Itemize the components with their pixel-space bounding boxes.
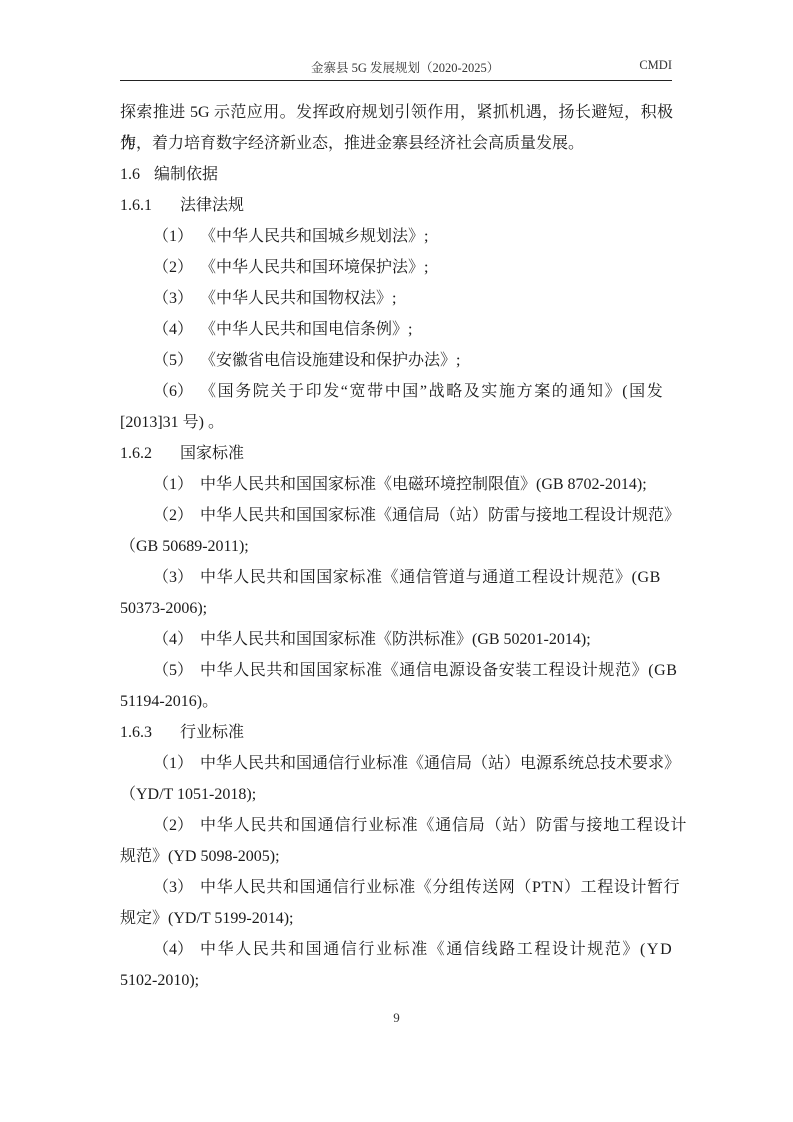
list-item: （3）中华人民共和国通信行业标准《分组传送网（PTN）工程设计暂行: [120, 872, 673, 903]
item-number: （3）: [153, 283, 200, 314]
item-number: （4）: [153, 624, 200, 655]
item-text: 《中华人民共和国环境保护法》;: [200, 259, 428, 276]
subsection-title: 行业标准: [180, 724, 244, 741]
item-text: 中华人民共和国国家标准《通信局（站）防雷与接地工程设计规范》: [200, 507, 680, 524]
running-header: 金寨县 5G 发展规划（2020-2025） CMDI: [120, 56, 672, 80]
subsection-number: 1.6.1: [120, 190, 180, 221]
list-item: （4）中华人民共和国国家标准《防洪标准》(GB 50201-2014);: [120, 624, 673, 655]
list-item-continuation: 规范》(YD 5098-2005);: [120, 841, 673, 872]
list-item-continuation: [2013]31 号) 。: [120, 407, 673, 438]
subsection-number: 1.6.3: [120, 717, 180, 748]
subsection-heading: 1.6.3行业标准: [120, 717, 673, 748]
item-text: 中华人民共和国国家标准《电磁环境控制限值》(GB 8702-2014);: [200, 476, 647, 493]
document-page: 金寨县 5G 发展规划（2020-2025） CMDI 探索推进 5G 示范应用…: [0, 0, 793, 1122]
subsection-title: 国家标准: [180, 445, 244, 462]
header-org: CMDI: [639, 58, 672, 73]
item-number: （5）: [153, 655, 200, 686]
subsection-heading: 1.6.1法律法规: [120, 190, 673, 221]
section-number: 1.6: [120, 159, 154, 190]
item-text: 《国务院关于印发“宽带中国”战略及实施方案的通知》(国发: [200, 383, 664, 400]
item-text: 《安徽省电信设施建设和保护办法》;: [200, 352, 460, 369]
item-text: 中华人民共和国国家标准《通信管道与通道工程设计规范》(GB: [200, 569, 661, 586]
intro-paragraph-line: 为，着力培育数字经济新业态，推进金寨县经济社会高质量发展。: [120, 128, 673, 159]
item-number: （1）: [153, 221, 200, 252]
list-item: （5）《安徽省电信设施建设和保护办法》;: [120, 345, 673, 376]
item-text: 中华人民共和国国家标准《通信电源设备安装工程设计规范》(GB: [200, 662, 678, 679]
list-item: （2）中华人民共和国国家标准《通信局（站）防雷与接地工程设计规范》: [120, 500, 673, 531]
list-item: （6）《国务院关于印发“宽带中国”战略及实施方案的通知》(国发: [120, 376, 673, 407]
subsection-number: 1.6.2: [120, 438, 180, 469]
list-item-continuation: 5102-2010);: [120, 965, 673, 996]
list-item: （2）中华人民共和国通信行业标准《通信局（站）防雷与接地工程设计: [120, 810, 673, 841]
section-title: 编制依据: [154, 166, 218, 183]
item-text: 《中华人民共和国物权法》;: [200, 290, 396, 307]
item-text: 中华人民共和国通信行业标准《通信局（站）电源系统总技术要求》: [200, 755, 680, 772]
item-number: （2）: [153, 810, 200, 841]
item-text: 中华人民共和国通信行业标准《通信局（站）防雷与接地工程设计: [200, 817, 687, 834]
item-text: 中华人民共和国通信行业标准《分组传送网（PTN）工程设计暂行: [200, 879, 680, 896]
item-number: （4）: [153, 934, 200, 965]
item-text: 《中华人民共和国电信条例》;: [200, 321, 412, 338]
intro-paragraph-line: 探索推进 5G 示范应用。发挥政府规划引领作用，紧抓机遇，扬长避短，积极作: [120, 97, 673, 128]
item-text: 《中华人民共和国城乡规划法》;: [200, 228, 428, 245]
list-item: （4）《中华人民共和国电信条例》;: [120, 314, 673, 345]
list-item: （4）中华人民共和国通信行业标准《通信线路工程设计规范》(YD: [120, 934, 673, 965]
list-item-continuation: 50373-2006);: [120, 593, 673, 624]
list-item-continuation: 规定》(YD/T 5199-2014);: [120, 903, 673, 934]
list-item: （2）《中华人民共和国环境保护法》;: [120, 252, 673, 283]
item-number: （6）: [153, 376, 200, 407]
list-item: （3）中华人民共和国国家标准《通信管道与通道工程设计规范》(GB: [120, 562, 673, 593]
item-text: 中华人民共和国国家标准《防洪标准》(GB 50201-2014);: [200, 631, 591, 648]
list-item: （1）中华人民共和国国家标准《电磁环境控制限值》(GB 8702-2014);: [120, 469, 673, 500]
item-number: （2）: [153, 500, 200, 531]
list-item-continuation: （YD/T 1051-2018);: [120, 779, 673, 810]
list-item-continuation: （GB 50689-2011);: [120, 531, 673, 562]
subsection-title: 法律法规: [180, 197, 244, 214]
item-number: （5）: [153, 345, 200, 376]
item-number: （2）: [153, 252, 200, 283]
item-text: 中华人民共和国通信行业标准《通信线路工程设计规范》(YD: [200, 941, 673, 958]
header-title: 金寨县 5G 发展规划（2020-2025）: [311, 58, 499, 76]
item-number: （1）: [153, 469, 200, 500]
list-item: （5）中华人民共和国国家标准《通信电源设备安装工程设计规范》(GB: [120, 655, 673, 686]
header-divider: [120, 80, 672, 81]
list-item: （3）《中华人民共和国物权法》;: [120, 283, 673, 314]
list-item: （1）中华人民共和国通信行业标准《通信局（站）电源系统总技术要求》: [120, 748, 673, 779]
list-item: （1）《中华人民共和国城乡规划法》;: [120, 221, 673, 252]
item-number: （1）: [153, 748, 200, 779]
item-number: （3）: [153, 872, 200, 903]
subsection-heading: 1.6.2国家标准: [120, 438, 673, 469]
item-number: （3）: [153, 562, 200, 593]
list-item-continuation: 51194-2016)。: [120, 686, 673, 717]
page-number: 9: [0, 1010, 793, 1026]
item-number: （4）: [153, 314, 200, 345]
section-heading: 1.6编制依据: [120, 159, 673, 190]
document-body: 探索推进 5G 示范应用。发挥政府规划引领作用，紧抓机遇，扬长避短，积极作 为，…: [120, 97, 673, 996]
